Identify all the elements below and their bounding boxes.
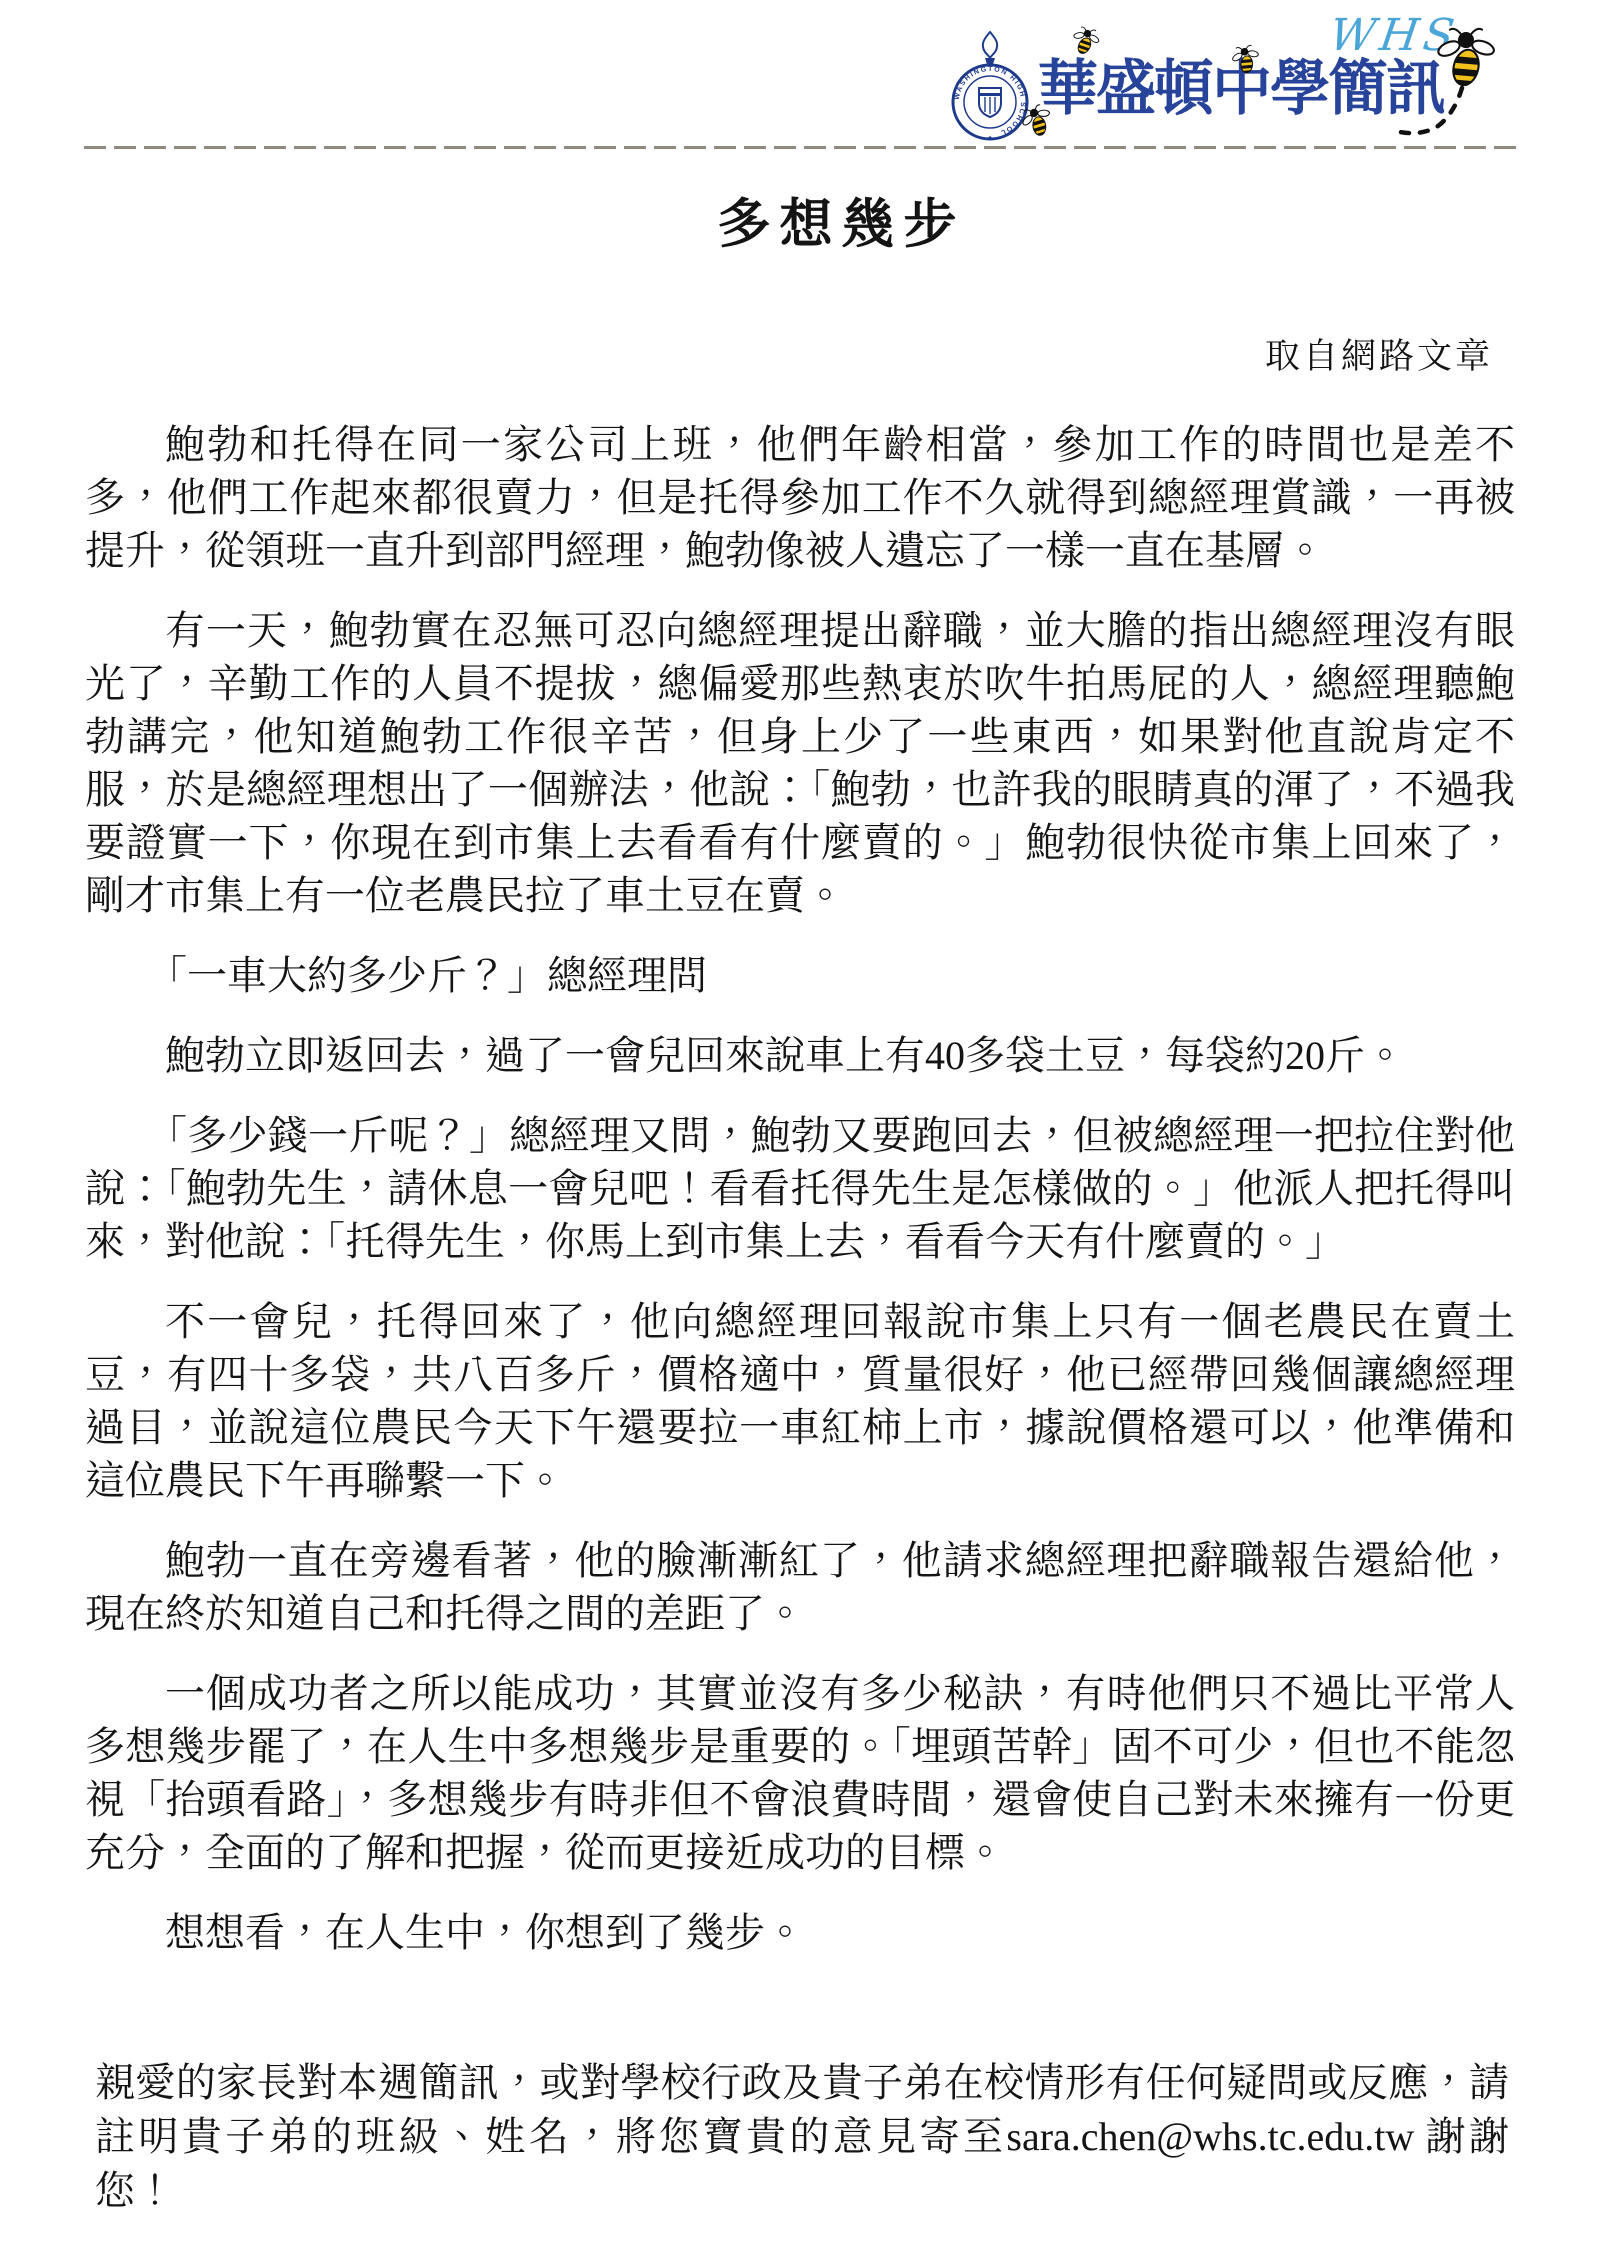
contact-email: sara.chen@whs.tc.edu.tw [1006,2114,1414,2159]
bee-flight-trail [1396,84,1470,144]
article-paragraph: 不一會兒，托得回來了，他向總經理回報說市集上只有一個老農民在賣土豆，有四十多袋，… [85,1295,1515,1507]
dashed-separator [84,146,1516,149]
newsletter-page: WASHINGTON HIGH SCHOOL 華盛頓中學簡訊 WHS 多想幾步 … [0,0,1599,2258]
shield-band [979,93,1001,96]
article-body: 鮑勃和托得在同一家公司上班，他們年齡相當，參加工作的時間也是差不多，他們工作起來… [85,418,1515,1986]
article-paragraph: 有一天，鮑勃實在忍無可忍向總經理提出辭職，並大膽的指出總經理沒有眼光了，辛勤工作… [85,604,1515,922]
article-paragraph: 鮑勃一直在旁邊看著，他的臉漸漸紅了，他請求總經理把辭職報告還給他，現在終於知道自… [85,1534,1515,1640]
torch-flame [983,32,997,58]
bee-icon [1437,24,1495,92]
school-seal-logo: WASHINGTON HIGH SCHOOL [948,30,1032,144]
article-paragraph: 鮑勃和托得在同一家公司上班，他們年齡相當，參加工作的時間也是差不多，他們工作起來… [85,418,1515,577]
article-attribution: 取自網路文章 [1265,329,1493,379]
article-paragraph: 鮑勃立即返回去，過了一會兒回來說車上有40多袋土豆，每袋約20斤。 [85,1029,1515,1082]
article-paragraph: 想想看，在人生中，你想到了幾步。 [85,1906,1515,1959]
bee-icon [1229,42,1262,78]
article-paragraph: 一個成功者之所以能成功，其實並沒有多少秘訣，有時他們只不過比平常人多想幾步罷了，… [85,1667,1515,1879]
article-paragraph: 「一車大約多少斤？」總經理問 [85,949,1515,1002]
torch-cup [985,58,995,64]
article-paragraph: 「多少錢一斤呢？」總經理又問，鮑勃又要跑回去，但被總經理一把拉住對他說：「鮑勃先… [85,1109,1515,1268]
parent-feedback-note: 親愛的家長對本週簡訊，或對學校行政及貴子弟在校情形有任何疑問或反應，請註明貴子弟… [95,2056,1509,2218]
article-title: 多想幾步 [0,182,1599,258]
